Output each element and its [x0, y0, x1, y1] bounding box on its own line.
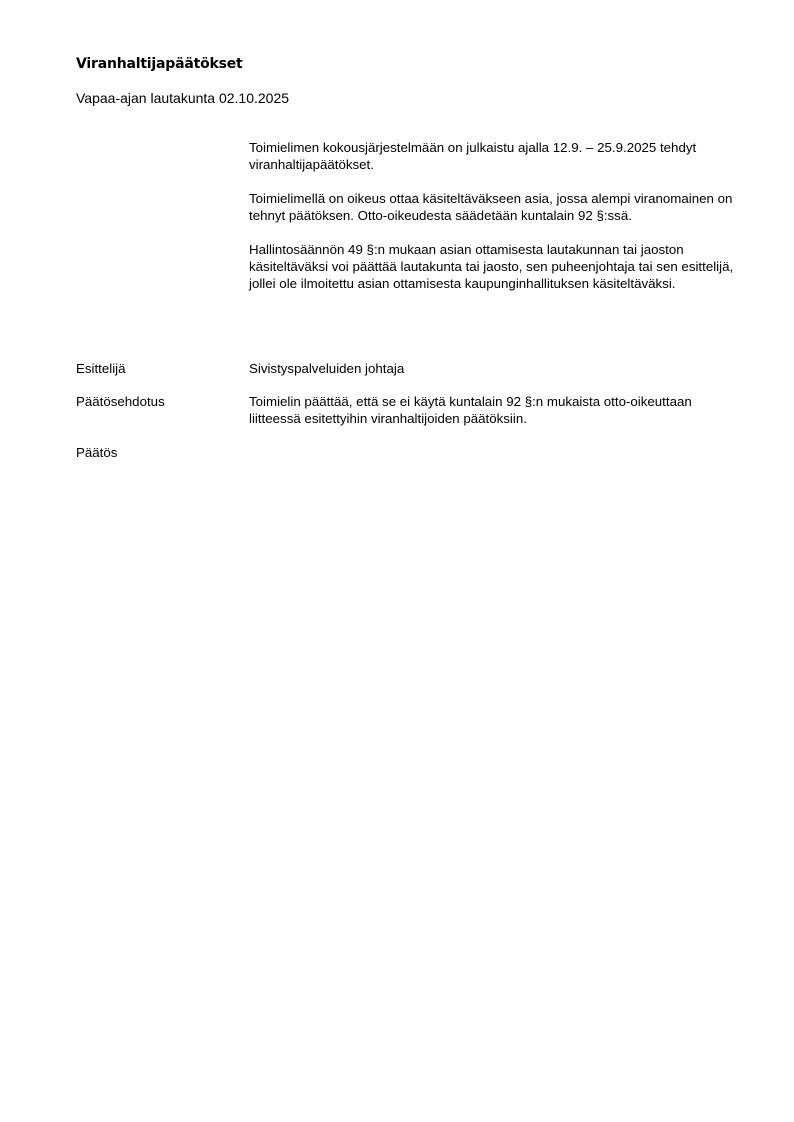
- decision-row: Päätös: [76, 444, 746, 461]
- decision-value: [249, 444, 746, 461]
- presenter-row: Esittelijä Sivistyspalveluiden johtaja: [76, 360, 746, 377]
- document-title: Viranhaltijapäätökset: [76, 55, 243, 73]
- presenter-value: Sivistyspalveluiden johtaja: [249, 360, 746, 377]
- intro-paragraph: Toimielimen kokousjärjestelmään on julka…: [249, 139, 744, 173]
- proposal-label: Päätösehdotus: [76, 393, 249, 427]
- meeting-subtitle: Vapaa-ajan lautakunta 02.10.2025: [76, 89, 289, 107]
- presenter-label: Esittelijä: [76, 360, 249, 377]
- intro-paragraph: Hallintosäännön 49 §:n mukaan asian otta…: [249, 241, 744, 292]
- proposal-row: Päätösehdotus Toimielin päättää, että se…: [76, 393, 746, 427]
- proposal-value: Toimielin päättää, että se ei käytä kunt…: [249, 393, 746, 427]
- intro-paragraph: Toimielimellä on oikeus ottaa käsiteltäv…: [249, 190, 744, 224]
- decision-label: Päätös: [76, 444, 249, 461]
- intro-section: Toimielimen kokousjärjestelmään on julka…: [249, 139, 744, 309]
